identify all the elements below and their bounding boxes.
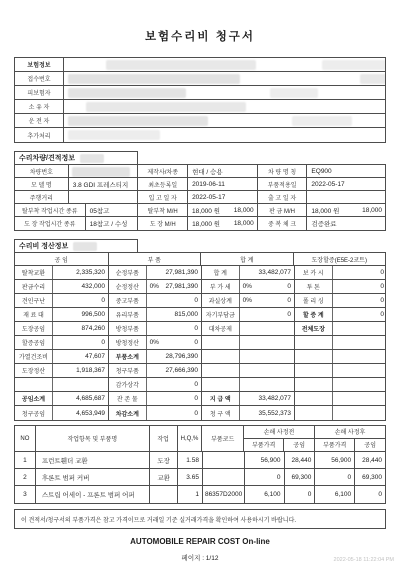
field-label: 탈부착 M/H	[137, 204, 187, 216]
notice-box: 이 견적서/청구서의 부품가격은 참고 가격이므로 거래일 기준 실거래가격을 …	[14, 509, 386, 529]
item-value: 874,260	[52, 322, 108, 335]
field-label: 차량번호	[15, 165, 68, 177]
item-label: 도장공임	[15, 322, 52, 335]
item-label: 순정정산	[109, 280, 146, 293]
insurance-row: 접수번호	[15, 72, 385, 86]
item-value: 0	[146, 378, 201, 391]
item-label: 과실상계	[202, 294, 239, 307]
item-value	[239, 350, 294, 363]
item-value	[239, 322, 294, 335]
row-number: 3	[15, 486, 35, 503]
item-value: 432,000	[52, 280, 108, 293]
column-group-pre-assessment: 손해 사정전 부품가격 공임	[243, 426, 314, 451]
item-label: 중고부품	[109, 294, 146, 307]
item-label: 부품소계	[109, 350, 146, 363]
field-value: 현대 / 승용	[187, 165, 257, 177]
item-label: 가열건조비	[15, 350, 52, 363]
item-label: 청구부품	[109, 364, 146, 377]
post-part-price: 0	[314, 469, 354, 485]
redacted-area	[63, 72, 385, 85]
item-label: 재 료 대	[15, 308, 52, 321]
item-label: 차감소계	[109, 406, 146, 420]
redacted-area	[63, 100, 385, 113]
mh-amount: 18,000	[234, 207, 254, 214]
insurance-row: 피보험자	[15, 86, 385, 100]
field-label: 중 복 체 크	[257, 217, 307, 230]
column-header: 부 품	[108, 253, 201, 265]
item-label: 보 카 시	[295, 266, 332, 279]
item-value	[332, 378, 387, 391]
item-value: 0	[332, 266, 387, 279]
field-value: 18,000 원 18,000	[306, 204, 385, 216]
row-label: 운 전 자	[15, 114, 63, 127]
repair-invoice-page: 보험수리비 청구서 보험정보 접수번호 피보험자	[0, 0, 400, 566]
percent: 0%	[243, 283, 252, 290]
settlement-row: 도장공임874,260 방청부품0 대차공제 전체도장	[15, 322, 385, 336]
pre-labor: 28,440	[284, 452, 315, 468]
vehicle-row: 도 장 작업시간 종류 18참고 / 수성 도 장 M/H 18,000 원 1…	[15, 217, 385, 230]
item-value: 0	[332, 308, 387, 321]
item-label: 합 계	[202, 266, 239, 279]
item-value: 996,500	[52, 308, 108, 321]
settlement-row: 공임소계4,685,687 잔 존 물0 지 급 액33,482,077	[15, 392, 385, 406]
settlement-row: 재 료 대996,500 유리부품815,000 자기부담금0 할 증 계0	[15, 308, 385, 322]
settlement-row: 청구공임4,653,949 차감소계0 청 구 액35,552,373	[15, 406, 385, 420]
redaction-blob	[68, 74, 240, 84]
item-value: 33,482,077	[239, 392, 294, 405]
item-value	[332, 322, 387, 335]
row-label: 피보험자	[15, 86, 63, 99]
item-value: 47,607	[52, 350, 108, 363]
post-labor: 69,300	[354, 469, 385, 485]
vehicle-section-title: 수리차량/견적정보	[19, 153, 75, 163]
field-label: 도 장 M/H	[137, 217, 187, 230]
insurance-section-title: 보험정보	[15, 58, 63, 71]
field-label: 출 고 일 자	[257, 191, 307, 203]
item-value: 0%27,981,390	[146, 280, 201, 293]
item-name: 후론트 범퍼 커버	[35, 469, 149, 485]
field-label: 모 델 명	[15, 178, 68, 190]
field-value: 18,000 원 18,000	[187, 204, 257, 216]
vehicle-row: 차량번호 제작사/차종 현대 / 승용 차 량 명 칭 EQ900	[15, 165, 385, 178]
row-label: 접수번호	[15, 72, 63, 85]
insurance-row: 소 유 자	[15, 100, 385, 114]
page-title: 보험수리비 청구서	[14, 28, 386, 44]
job-type	[149, 486, 177, 503]
item-label	[202, 350, 239, 363]
field-value	[68, 191, 138, 203]
redaction-blob	[360, 74, 385, 84]
insurance-header-row: 보험정보	[15, 58, 385, 72]
hq-value: 1.58	[177, 452, 202, 468]
row-number: 1	[15, 452, 35, 468]
column-header: 합 계	[200, 253, 293, 265]
field-value: 검증완료	[306, 217, 385, 230]
column-header-item: 작업항목 및 부품명	[35, 426, 149, 451]
field-value: 2022-05-17	[306, 178, 385, 190]
item-name: 스트립 어세이 - 프론트 범퍼 어퍼	[35, 486, 149, 503]
insurance-row: 추가처리	[15, 128, 385, 142]
vehicle-info-table: 차량번호 제작사/차종 현대 / 승용 차 량 명 칭 EQ900 모 델 명 …	[14, 164, 386, 231]
post-labor: 0	[354, 486, 385, 503]
item-label	[202, 336, 239, 349]
redaction-blob	[80, 154, 104, 163]
settlement-row: 감가상각0	[15, 378, 385, 392]
settlement-row: 가열건조비47,607 부품소계28,796,390	[15, 350, 385, 364]
part-code: 86357D2000	[202, 486, 244, 503]
item-label: 폴 리 싱	[295, 294, 332, 307]
column-header-hq: H,Q,%	[177, 426, 202, 451]
item-label: 전체도장	[295, 322, 332, 335]
post-part-price: 6,100	[314, 486, 354, 503]
vehicle-row: 주행거리 입 고 일 자 2022-05-17 출 고 일 자	[15, 191, 385, 204]
row-number: 2	[15, 469, 35, 485]
field-value: 05참고	[85, 204, 138, 216]
item-value: 33,482,077	[239, 266, 294, 279]
item-label: 자기부담금	[202, 308, 239, 321]
percent: 0%	[243, 297, 252, 304]
item-label: 투 톤	[295, 280, 332, 293]
redacted-area	[63, 58, 385, 71]
item-label: 방청부품	[109, 322, 146, 335]
item-label: 유리부품	[109, 308, 146, 321]
redaction-blob	[68, 116, 208, 126]
post-part-price: 56,900	[314, 452, 354, 468]
redaction-blob	[270, 88, 318, 98]
item-label: 부 가 세	[202, 280, 239, 293]
column-header: 도장할증(E5E-2코트)	[293, 253, 386, 265]
job-type: 도장	[149, 452, 177, 468]
job-type: 교환	[149, 469, 177, 485]
item-label	[295, 392, 332, 405]
field-label: 최초등록일	[137, 178, 187, 190]
redaction-blob	[322, 60, 385, 70]
item-value: 27,981,390	[146, 266, 201, 279]
column-header-part-price: 부품가격	[244, 439, 283, 451]
item-value	[332, 350, 387, 363]
settlement-section-title: 수리비 정산정보	[19, 241, 68, 251]
item-label: 견인구난	[15, 294, 52, 307]
field-label: 주행거리	[15, 191, 68, 203]
settlement-row: 도장정산1,918,367 청구부품27,666,390	[15, 364, 385, 378]
redaction-blob	[292, 116, 352, 126]
mh-rate: 18,000 원	[192, 206, 220, 215]
item-label	[202, 378, 239, 391]
field-label: 차 량 명 칭	[257, 165, 307, 177]
item-name: 프런트휀더 교환	[35, 452, 149, 468]
column-header-part-price: 부품가격	[315, 439, 354, 451]
item-label: 할증공임	[15, 336, 52, 349]
settlement-row: 판금수리432,000 순정정산0%27,981,390 부 가 세0%0 투 …	[15, 280, 385, 294]
field-label: 부품적용일	[257, 178, 307, 190]
redaction-blob	[73, 242, 97, 251]
item-label	[295, 406, 332, 420]
mh-rate: 18,000 원	[311, 206, 339, 215]
item-value: 2,335,320	[52, 266, 108, 279]
redaction-blob	[86, 102, 246, 112]
field-value	[306, 191, 385, 203]
pre-labor: 69,300	[284, 469, 315, 485]
brand-title: AUTOMOBILE REPAIR COST On-line	[14, 537, 386, 546]
column-header-partcode: 부품코드	[201, 426, 243, 451]
settlement-section-header: 수리비 정산정보	[14, 239, 138, 252]
item-value: 35,552,373	[239, 406, 294, 420]
column-header-labor: 공임	[283, 439, 314, 451]
item-label: 청구공임	[15, 406, 52, 420]
mh-rate: 18,000 원	[192, 219, 220, 228]
pre-part-price: 0	[244, 469, 284, 485]
work-item-row: 3 스트립 어세이 - 프론트 범퍼 어퍼 1 86357D2000 6,100…	[15, 486, 385, 503]
item-value: 28,796,390	[146, 350, 201, 363]
field-label: 도 장 작업시간 종류	[15, 217, 85, 230]
item-label	[295, 350, 332, 363]
timestamp: 2022-05-18 11:22:04 PM	[334, 557, 394, 563]
redacted-area	[63, 86, 385, 99]
field-label: 제작사/차종	[137, 165, 187, 177]
notice-text: 이 견적서/청구서의 부품가격은 참고 가격이므로 거래일 기준 실거래가격을 …	[21, 515, 296, 524]
item-value: 0%0	[146, 336, 201, 349]
item-value: 0	[52, 294, 108, 307]
part-code	[202, 452, 244, 468]
pre-labor: 0	[284, 486, 315, 503]
item-label: 순정부품	[109, 266, 146, 279]
item-value: 0	[146, 294, 201, 307]
field-value: 2019-06-11	[187, 178, 257, 190]
redaction-blob	[106, 60, 256, 70]
item-value: 0	[146, 406, 201, 420]
work-table-header: NO 작업항목 및 부품명 작업 H,Q,% 부품코드 손해 사정전 부품가격 …	[15, 426, 385, 452]
plate-number-value	[68, 165, 138, 177]
pre-part-price: 6,100	[244, 486, 284, 503]
field-value: 18,000 원 18,000	[187, 217, 257, 230]
item-label: 지 급 액	[202, 392, 239, 405]
field-value: 3.8 GDI 프레스티지	[68, 178, 138, 190]
item-value: 0	[332, 280, 387, 293]
work-item-row: 1 프런트휀더 교환 도장 1.58 56,900 28,440 56,900 …	[15, 452, 385, 469]
row-label: 추가처리	[15, 128, 63, 142]
settlement-table: 공 임 부 품 합 계 도장할증(E5E-2코트) 탈착교환2,335,320 …	[14, 252, 386, 421]
vehicle-row: 탈부착 작업시간 종류 05참고 탈부착 M/H 18,000 원 18,000…	[15, 204, 385, 217]
pre-part-price: 56,900	[244, 452, 284, 468]
field-label: 판 금 M/H	[257, 204, 307, 216]
redacted-area	[63, 128, 385, 142]
percent: 0%	[150, 283, 159, 290]
item-value: 0	[332, 294, 387, 307]
insurance-row: 운 전 자	[15, 114, 385, 128]
mh-amount: 18,000	[362, 207, 382, 214]
item-value	[239, 378, 294, 391]
redaction-blob	[68, 88, 186, 98]
item-label: 판금수리	[15, 280, 52, 293]
row-label: 소 유 자	[15, 100, 63, 113]
column-header-job: 작업	[149, 426, 177, 451]
post-labor: 28,440	[354, 452, 385, 468]
item-value: 0%0	[239, 280, 294, 293]
redaction-blob	[72, 167, 130, 177]
field-value: 18참고 / 수성	[85, 217, 138, 230]
part-code	[202, 469, 244, 485]
vehicle-section-header: 수리차량/견적정보	[14, 151, 138, 164]
field-value: EQ900	[306, 165, 385, 177]
item-label	[202, 364, 239, 377]
item-label: 대차공제	[202, 322, 239, 335]
item-label: 할 증 계	[295, 308, 332, 321]
item-value: 0	[52, 336, 108, 349]
item-value	[239, 364, 294, 377]
insurance-info-table: 보험정보 접수번호 피보험자	[14, 57, 386, 143]
field-label: 탈부착 작업시간 종류	[15, 204, 85, 216]
item-value: 0	[239, 308, 294, 321]
item-value: 815,000	[146, 308, 201, 321]
settlement-header-row: 공 임 부 품 합 계 도장할증(E5E-2코트)	[15, 253, 385, 266]
redaction-blob	[68, 130, 160, 140]
hq-value: 1	[177, 486, 202, 503]
group-header: 손해 사정전	[244, 426, 314, 439]
item-label: 도장정산	[15, 364, 52, 377]
item-value: 0	[146, 322, 201, 335]
work-item-row: 2 후론트 범퍼 커버 교환 3.65 0 69,300 0 69,300	[15, 469, 385, 486]
item-value: 4,653,949	[52, 406, 108, 420]
column-header-labor: 공임	[354, 439, 385, 451]
item-label: 탈착교환	[15, 266, 52, 279]
redacted-area	[63, 114, 385, 127]
item-value	[239, 336, 294, 349]
item-value	[332, 406, 387, 420]
item-label: 방청정산	[109, 336, 146, 349]
group-header: 손해 사정후	[315, 426, 385, 439]
item-label	[295, 378, 332, 391]
percent: 0%	[150, 339, 159, 346]
item-value	[332, 392, 387, 405]
item-label: 청 구 액	[202, 406, 239, 420]
item-value: 1,918,367	[52, 364, 108, 377]
item-label: 감가상각	[109, 378, 146, 391]
mh-amount: 18,000	[234, 220, 254, 227]
work-items-table: NO 작업항목 및 부품명 작업 H,Q,% 부품코드 손해 사정전 부품가격 …	[14, 425, 386, 504]
item-label	[295, 336, 332, 349]
item-value: 27,666,390	[146, 364, 201, 377]
item-value	[52, 378, 108, 391]
settlement-row: 탈착교환2,335,320 순정부품27,981,390 합 계33,482,0…	[15, 266, 385, 280]
field-label: 입 고 일 자	[137, 191, 187, 203]
page-indicator: 페이지 : 1/12	[14, 553, 386, 562]
item-label: 잔 존 물	[109, 392, 146, 405]
item-value: 0	[146, 392, 201, 405]
item-label	[15, 378, 52, 391]
item-value: 4,685,687	[52, 392, 108, 405]
column-group-post-assessment: 손해 사정후 부품가격 공임	[314, 426, 385, 451]
column-header: 공 임	[15, 253, 108, 265]
settlement-row: 할증공임0 방청정산0%0	[15, 336, 385, 350]
item-value	[332, 336, 387, 349]
field-value: 2022-05-17	[187, 191, 257, 203]
item-label	[295, 364, 332, 377]
item-value: 0%0	[239, 294, 294, 307]
column-header-no: NO	[15, 426, 35, 451]
settlement-row: 견인구난0 중고부품0 과실상계0%0 폴 리 싱0	[15, 294, 385, 308]
item-value	[332, 364, 387, 377]
item-label: 공임소계	[15, 392, 52, 405]
vehicle-row: 모 델 명 3.8 GDI 프레스티지 최초등록일 2019-06-11 부품적…	[15, 178, 385, 191]
hq-value: 3.65	[177, 469, 202, 485]
